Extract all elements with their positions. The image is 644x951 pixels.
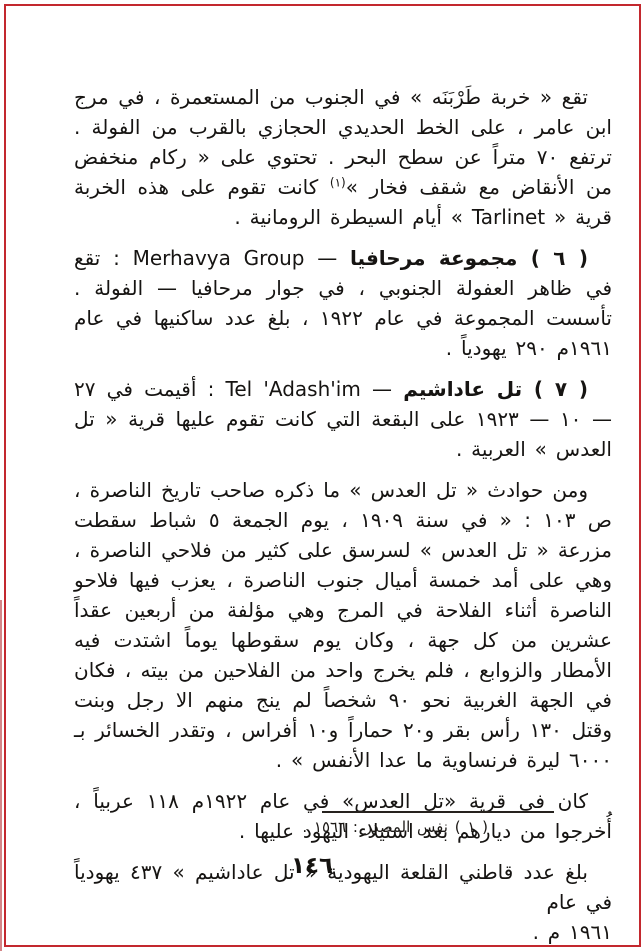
footnote-reference-marker: (١) bbox=[330, 175, 346, 189]
paragraph-continuation-year: ١٩٦١ م . bbox=[74, 917, 612, 947]
footnote-text: ( ١ ) نفس المصدر : ١٥٦٦ . bbox=[302, 818, 488, 836]
paragraph-tel-adas-incident-quote: ومن حوادث « تل العدس » ما ذكره صاحب تاري… bbox=[74, 475, 612, 775]
page-number: ١٤٦ bbox=[0, 853, 624, 879]
scan-edge-artifact bbox=[0, 600, 2, 951]
entry-heading-merhavya: ( ٦ ) مجموعة مرحافيا bbox=[350, 246, 588, 270]
paragraph-khirbet-tarbana: تقع « خربة طَرْبَنَه » في الجنوب من المس… bbox=[74, 82, 612, 232]
paragraph-merhavya-group: ( ٦ ) مجموعة مرحافيا — Merhavya Group : … bbox=[74, 243, 612, 363]
footnote-separator-rule bbox=[322, 811, 554, 813]
paragraph-tel-adashim: ( ٧ ) تل عاداشيم — Tel 'Adash'im : أقيمت… bbox=[74, 374, 612, 464]
paragraph-tel-adas-population: كان في قرية «تل العدس» في عام ١٩٢٢م ١١٨ … bbox=[74, 786, 612, 846]
entry-heading-tel-adashim: ( ٧ ) تل عاداشيم bbox=[403, 377, 588, 401]
